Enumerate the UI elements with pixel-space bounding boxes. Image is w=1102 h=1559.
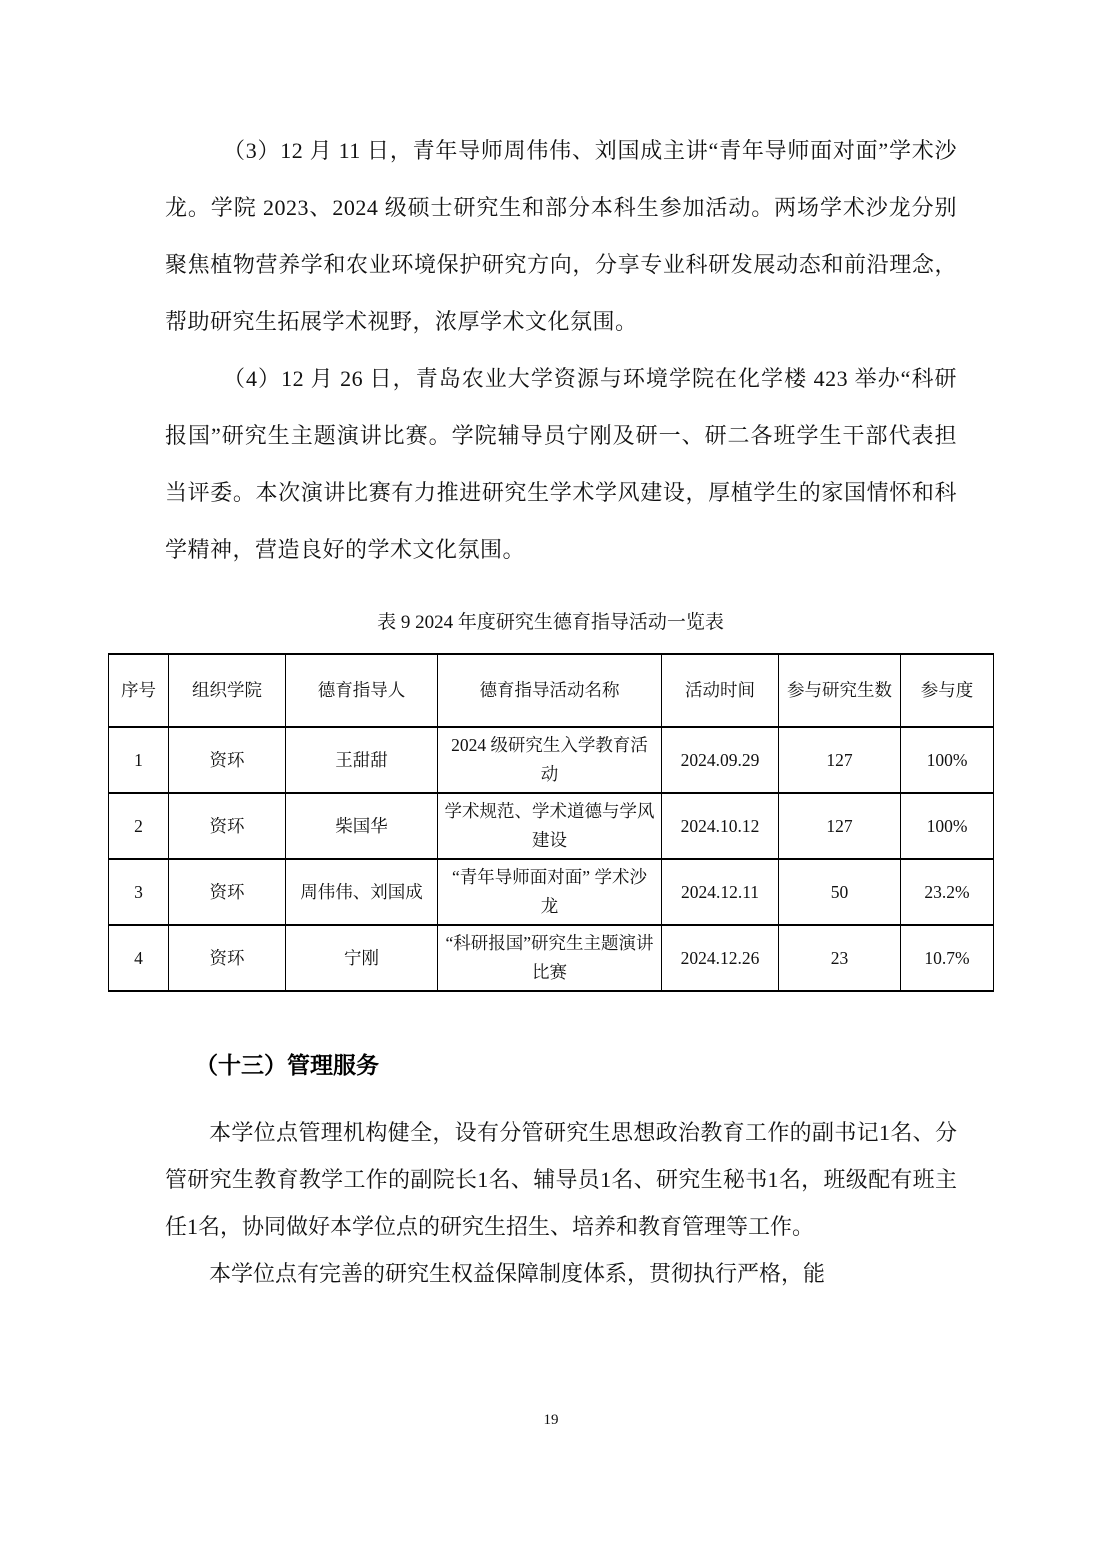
table-row: 2 资环 柴国华 学术规范、学术道德与学风建设 2024.10.12 127 1… <box>109 793 994 859</box>
cell-instructor: 柴国华 <box>286 793 438 859</box>
paragraph-activity-4: （4）12 月 26 日，青岛农业大学资源与环境学院在化学楼 423 举办“科研… <box>165 350 957 578</box>
table-header-row: 序号 组织学院 德育指导人 德育指导活动名称 活动时间 参与研究生数 参与度 <box>109 654 994 727</box>
table-row: 1 资环 王甜甜 2024 级研究生入学教育活动 2024.09.29 127 … <box>109 727 994 793</box>
cell-participants: 127 <box>779 727 901 793</box>
cell-college: 资环 <box>169 727 286 793</box>
table-header: 序号 组织学院 德育指导人 德育指导活动名称 活动时间 参与研究生数 参与度 <box>109 654 994 727</box>
cell-participants: 23 <box>779 925 901 991</box>
cell-index: 1 <box>109 727 169 793</box>
cell-participants: 50 <box>779 859 901 925</box>
cell-participation-rate: 23.2% <box>901 859 994 925</box>
paragraph-activity-3: （3）12 月 11 日，青年导师周伟伟、刘国成主讲“青年导师面对面”学术沙龙。… <box>165 122 957 350</box>
cell-participation-rate: 100% <box>901 793 994 859</box>
cell-college: 资环 <box>169 925 286 991</box>
page-content: （3）12 月 11 日，青年导师周伟伟、刘国成主讲“青年导师面对面”学术沙龙。… <box>165 122 957 1297</box>
cell-college: 资环 <box>169 793 286 859</box>
table-row: 4 资环 宁刚 “科研报国”研究生主题演讲比赛 2024.12.26 23 10… <box>109 925 994 991</box>
cell-participants: 127 <box>779 793 901 859</box>
header-cell-activity-name: 德育指导活动名称 <box>438 654 662 727</box>
header-cell-index: 序号 <box>109 654 169 727</box>
header-cell-instructor: 德育指导人 <box>286 654 438 727</box>
cell-time: 2024.10.12 <box>662 793 779 859</box>
cell-college: 资环 <box>169 859 286 925</box>
header-cell-time: 活动时间 <box>662 654 779 727</box>
cell-time: 2024.12.11 <box>662 859 779 925</box>
table-row: 3 资环 周伟伟、刘国成 “青年导师面对面” 学术沙龙 2024.12.11 5… <box>109 859 994 925</box>
cell-time: 2024.09.29 <box>662 727 779 793</box>
cell-activity-name: “青年导师面对面” 学术沙龙 <box>438 859 662 925</box>
paragraph-management-structure: 本学位点管理机构健全，设有分管研究生思想政治教育工作的副书记1名、分管研究生教育… <box>165 1109 957 1250</box>
table-body: 1 资环 王甜甜 2024 级研究生入学教育活动 2024.09.29 127 … <box>109 727 994 991</box>
header-cell-college: 组织学院 <box>169 654 286 727</box>
cell-index: 3 <box>109 859 169 925</box>
cell-participation-rate: 100% <box>901 727 994 793</box>
paragraph-rights-protection: 本学位点有完善的研究生权益保障制度体系，贯彻执行严格，能 <box>165 1250 957 1297</box>
cell-activity-name: 2024 级研究生入学教育活动 <box>438 727 662 793</box>
cell-instructor: 周伟伟、刘国成 <box>286 859 438 925</box>
header-cell-participants: 参与研究生数 <box>779 654 901 727</box>
header-cell-participation-rate: 参与度 <box>901 654 994 727</box>
cell-instructor: 王甜甜 <box>286 727 438 793</box>
cell-activity-name: “科研报国”研究生主题演讲比赛 <box>438 925 662 991</box>
section-heading-management-service: （十三）管理服务 <box>165 1047 957 1083</box>
cell-index: 4 <box>109 925 169 991</box>
cell-index: 2 <box>109 793 169 859</box>
cell-participation-rate: 10.7% <box>901 925 994 991</box>
activities-table: 序号 组织学院 德育指导人 德育指导活动名称 活动时间 参与研究生数 参与度 1… <box>108 653 994 992</box>
table-caption: 表 9 2024 年度研究生德育指导活动一览表 <box>108 608 993 637</box>
cell-activity-name: 学术规范、学术道德与学风建设 <box>438 793 662 859</box>
page-number: 19 <box>0 1412 1102 1429</box>
cell-instructor: 宁刚 <box>286 925 438 991</box>
cell-time: 2024.12.26 <box>662 925 779 991</box>
